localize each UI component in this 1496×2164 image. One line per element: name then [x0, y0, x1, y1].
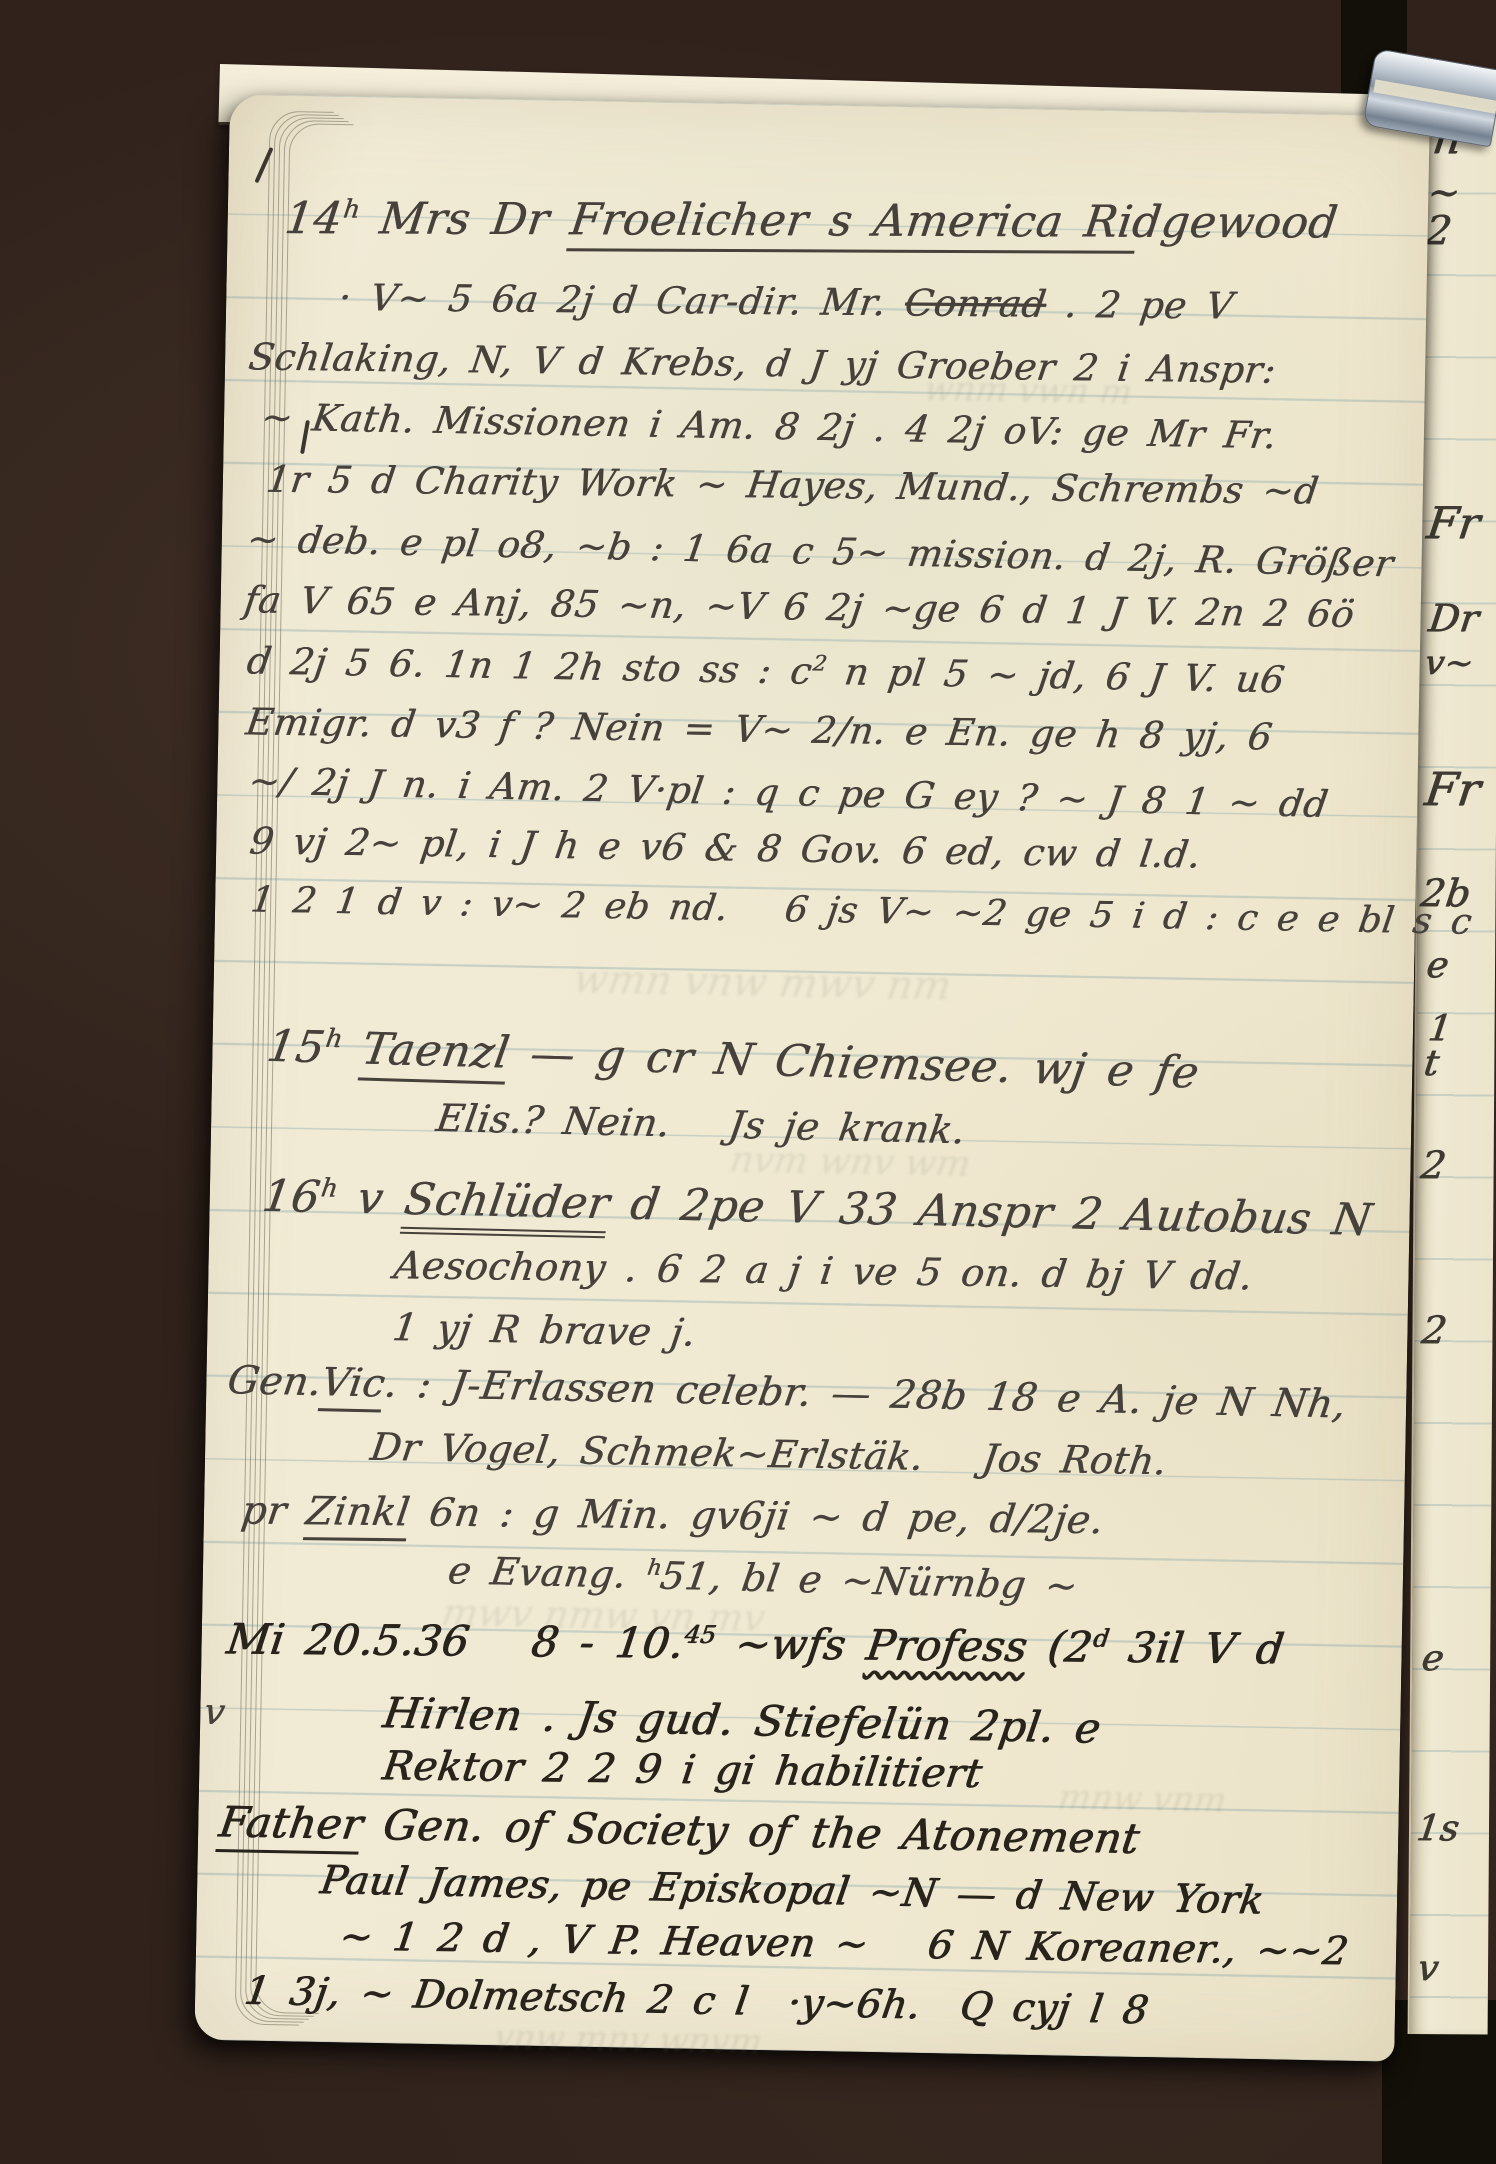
- handwritten-line: Hirlen . Js gud. Stiefelün 2pl. e: [380, 1690, 1103, 1751]
- clip-gap: [1373, 79, 1496, 113]
- handwritten-line: d 2j 5 6. 1n 1 2h sto ss : c2 n pl 5 ~ j…: [244, 641, 1287, 700]
- handwritten-line: ~/ 2j J n. i Am. 2 V·pl : q c pe G ey ? …: [246, 762, 1331, 825]
- diary-page: 14h Mrs Dr Froelicher s America Ridgewoo…: [194, 94, 1429, 2062]
- handwriting-fragment: Fr: [1422, 765, 1483, 815]
- handwriting-fragment: Fr: [1424, 500, 1483, 548]
- handwritten-line: 1 2 1 d v : v~ 2 eb nd. 6 js V~ ~2 ge 5 …: [248, 882, 1474, 943]
- handwritten-line: ~ 1 2 d , V P. Heaven ~ 6 N Koreaner., ~…: [337, 1916, 1351, 1973]
- handwritten-line: 14h Mrs Dr Froelicher s America Ridgewoo…: [282, 195, 1340, 247]
- photo-canvas: 'ncva24 h~2FrDrv~Fr2be1t22e1sv 14h Mrs D…: [0, 0, 1496, 2164]
- handwritten-line: Father Gen. of Society of the Atonement: [216, 1799, 1142, 1861]
- handwriting-fragment: t: [1421, 1045, 1441, 1084]
- handwriting-fragment: 1s: [1414, 1810, 1461, 1849]
- ink-bleedthrough: wmn vnw mwv nm: [570, 957, 954, 1010]
- handwriting-fragment: v~: [1423, 645, 1476, 682]
- handwriting-fragment: Dr: [1426, 598, 1481, 639]
- handwriting-fragment: 2: [1418, 1145, 1448, 1186]
- handwritten-line: Rektor 2 2 9 i gi habilitiert: [380, 1745, 985, 1796]
- handwritten-line: Gen.Vic. : J-Erlassen celebr. — 28b 18 e…: [225, 1360, 1349, 1426]
- handwritten-line: 15h Taenzl — g cr N Chiemsee. wj e fe: [264, 1023, 1202, 1097]
- handwriting-fragment: e: [1419, 1640, 1446, 1679]
- handwritten-line: ~ deb. e pl o8, ~b : 1 6a c 5~ mission. …: [244, 519, 1396, 584]
- handwritten-line: fa V 65 e Anj, 85 ~n, ~V 6 2j ~ge 6 d 1 …: [242, 580, 1357, 634]
- handwriting-fragment: v: [1415, 1950, 1441, 1989]
- handwritten-line: Paul James, pe Episkopal ~N — d New York: [318, 1860, 1267, 1923]
- handwriting-fragment: e: [1424, 947, 1451, 986]
- handwritten-line: 1r 5 d Charity Work ~ Hayes, Mund., Schr…: [264, 460, 1321, 512]
- handwritten-line: Aesochony . 6 2 a j i ve 5 on. d bj V dd…: [391, 1245, 1255, 1297]
- ink-bleedthrough: mnw vnm: [1056, 1778, 1230, 1821]
- ink-bleedthrough: nvm wnv wm: [727, 1139, 973, 1184]
- ink-bleedthrough: vnw mnv wnvm: [491, 2017, 765, 2062]
- handwritten-line: · V~ 5 6a 2j d Car-dir. Mr. Conrad . 2 p…: [336, 278, 1235, 326]
- handwritten-line: 9 vj 2~ pl, i J h e v6 & 8 Gov. 6 ed, cw…: [247, 822, 1203, 876]
- handwritten-line: 16h v Schlüder d 2pe V 33 Anspr 2 Autobu…: [259, 1173, 1374, 1245]
- handwritten-line: 1 yj R brave j.: [390, 1307, 699, 1353]
- ink-bleedthrough: wnm vwn m: [922, 369, 1136, 413]
- handwriting-fragment: 2: [1419, 1310, 1449, 1351]
- handwritten-line: Dr Vogel, Schmek~Erlstäk. Jos Roth.: [368, 1427, 1170, 1483]
- ink-bleedthrough: mwv nmw vn mv: [439, 1590, 769, 1640]
- handwritten-line: pr Zinkl 6n : g Min. gv6ji ~ d pe, d/2je…: [239, 1490, 1106, 1542]
- margin-v-mark: v: [201, 1694, 227, 1733]
- handwritten-line: Emigr. d v3 f ? Nein = V~ 2/n. e En. ge …: [243, 702, 1274, 757]
